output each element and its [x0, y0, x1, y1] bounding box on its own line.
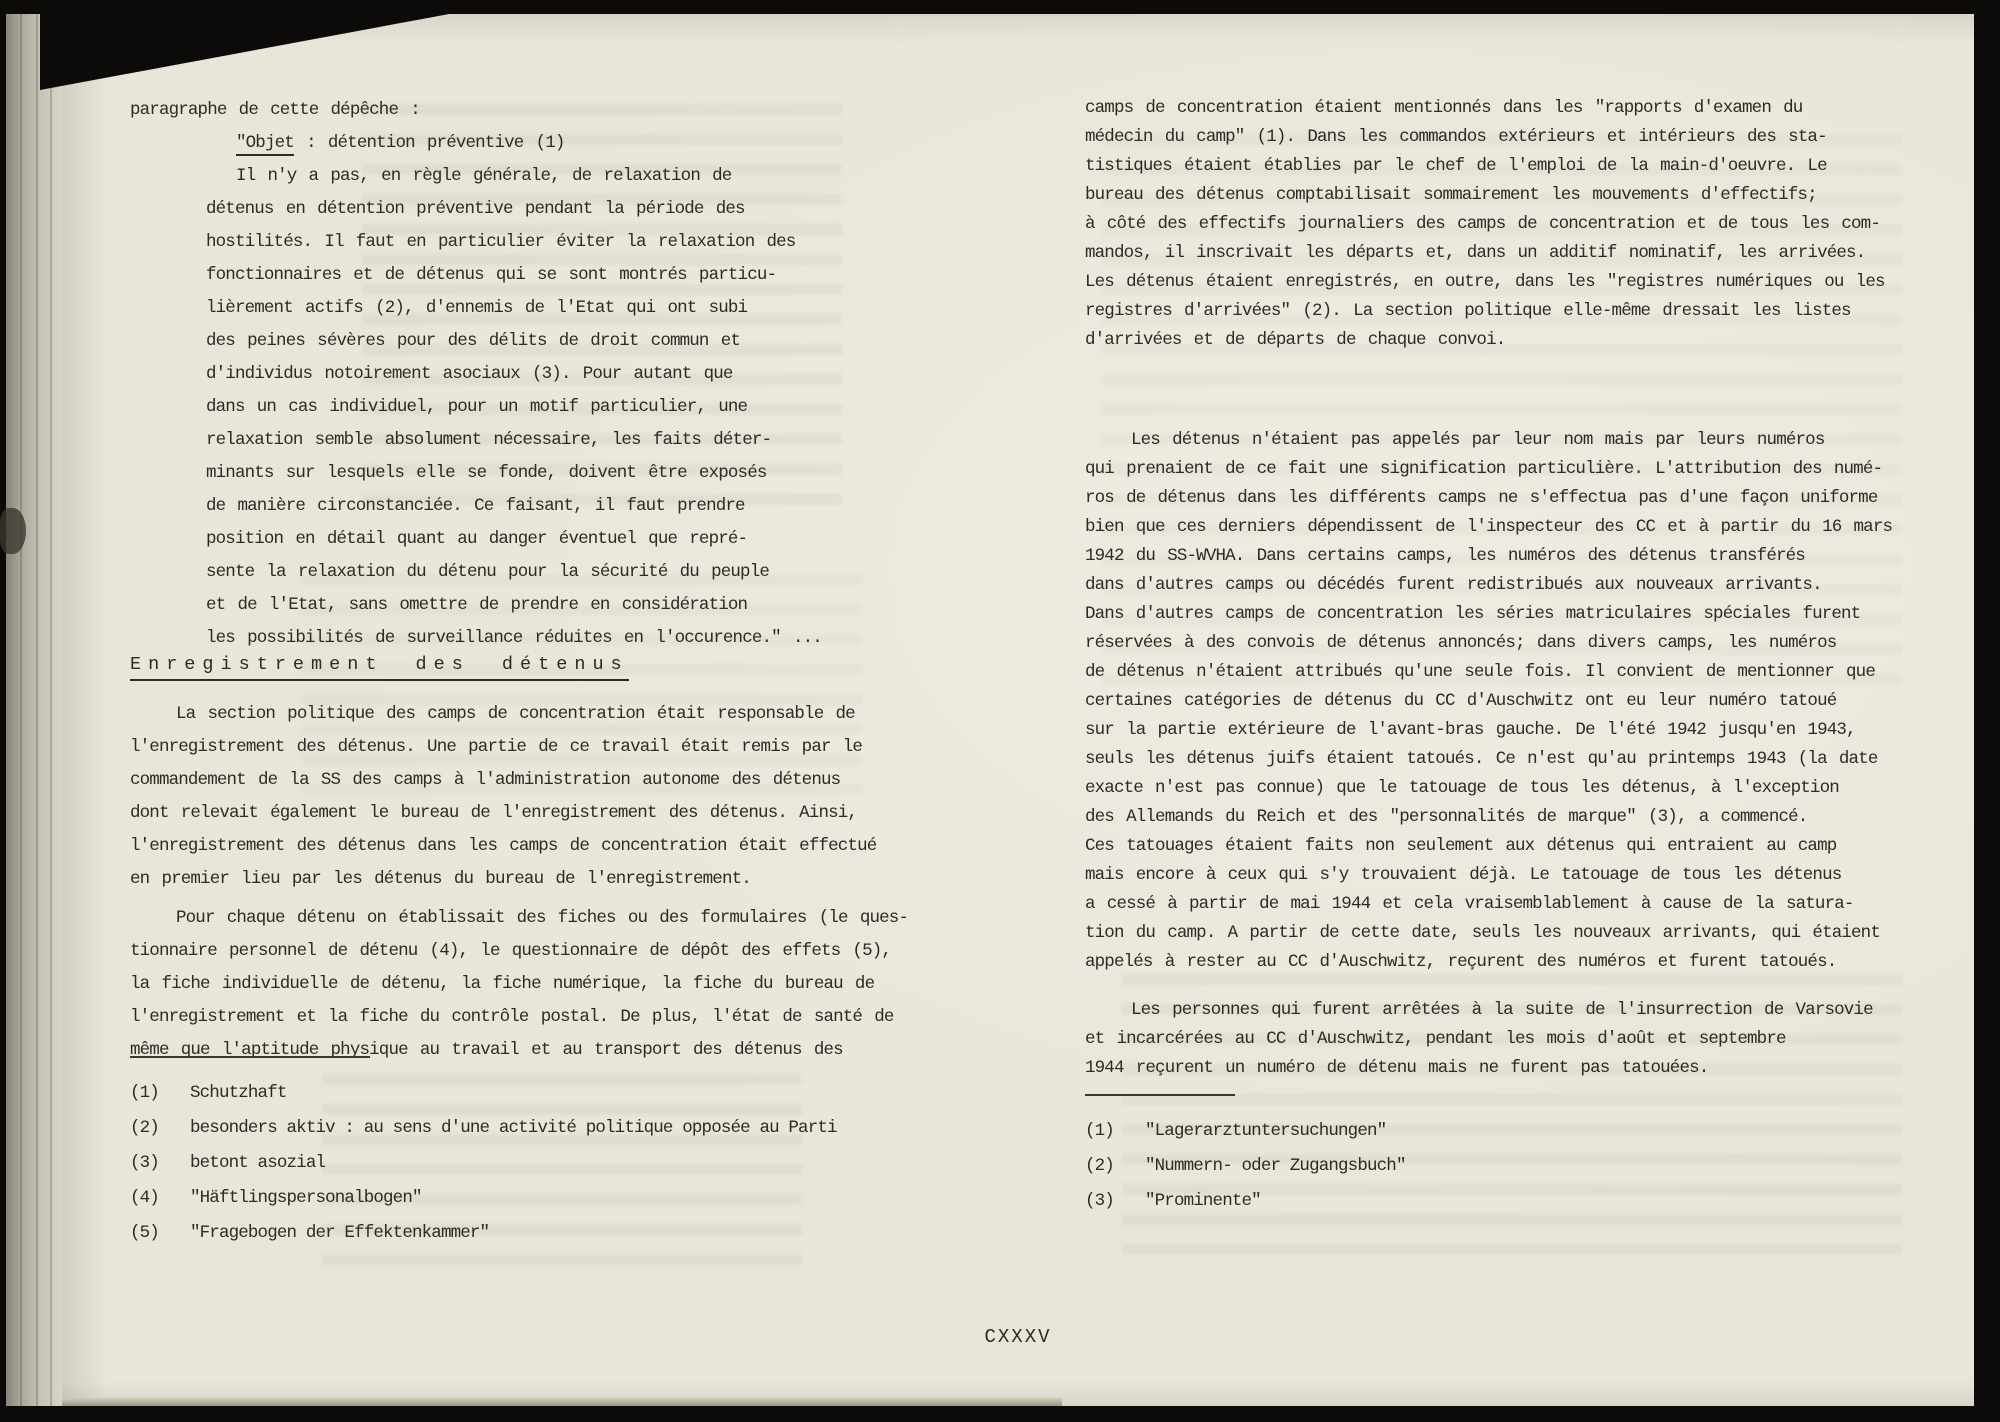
paragraph: camps de concentration étaient mentionné…: [1085, 94, 1925, 355]
binding-notch: [0, 508, 26, 554]
document-page: paragraphe de cette dépêche : "Objet : d…: [62, 14, 1974, 1406]
footnote-text: "Nummern- oder Zugangsbuch": [1145, 1149, 1925, 1184]
page-edge-line: [36, 10, 38, 1410]
section-heading-wrap: Enregistrement des détenus: [130, 654, 629, 681]
footnote: (3) "Prominente": [1085, 1184, 1925, 1219]
scan-border-top: [0, 0, 2000, 14]
footnote-number: (3): [130, 1146, 190, 1181]
footnote-number: (1): [1085, 1114, 1145, 1149]
quote-body: Il n'y a pas, en règle générale, de rela…: [206, 160, 930, 655]
footnote-text: "Prominente": [1145, 1184, 1925, 1219]
footnote-text: Schutzhaft: [190, 1076, 930, 1111]
footnote-text: "Lagerarztuntersuchungen": [1145, 1114, 1925, 1149]
paragraph: Les détenus n'étaient pas appelés par le…: [1085, 426, 1925, 977]
footnotes: (1) "Lagerarztuntersuchungen" (2) "Numme…: [1085, 1114, 1925, 1219]
quote-object-label: "Objet: [236, 133, 294, 156]
footnote-number: (4): [130, 1181, 190, 1216]
footnote-number: (3): [1085, 1184, 1145, 1219]
footnote-number: (2): [130, 1111, 190, 1146]
footnote: (4) "Häftlingspersonalbogen": [130, 1181, 930, 1216]
intro-line: paragraphe de cette dépêche :: [130, 94, 930, 127]
paragraph: La section politique des camps de concen…: [130, 698, 930, 896]
footnote-text: betont asozial: [190, 1146, 930, 1181]
footnote: (5) "Fragebogen der Effektenkammer": [130, 1216, 930, 1251]
footnote: (1) Schutzhaft: [130, 1076, 930, 1111]
quote-object-rest: : détention préventive (1): [294, 133, 565, 153]
scan-border-right: [1974, 0, 2000, 1422]
book-page-stack-edge: [6, 10, 62, 1410]
footnote: (2) "Nummern- oder Zugangsbuch": [1085, 1149, 1925, 1184]
page-edge-line: [50, 10, 52, 1410]
paragraph: Pour chaque détenu on établissait des fi…: [130, 902, 930, 1067]
footnote-number: (2): [1085, 1149, 1145, 1184]
footnote: (2) besonders aktiv : au sens d'une acti…: [130, 1111, 930, 1146]
footnote-number: (5): [130, 1216, 190, 1251]
footnote-text: "Häftlingspersonalbogen": [190, 1181, 930, 1216]
footnote-text: "Fragebogen der Effektenkammer": [190, 1216, 930, 1251]
footnotes: (1) Schutzhaft (2) besonders aktiv : au …: [130, 1076, 930, 1251]
footnote-separator: [1085, 1094, 1235, 1096]
page-bottom-edge: [62, 1398, 1062, 1406]
quote-object-line: "Objet : détention préventive (1): [206, 127, 930, 160]
paragraph: Les personnes qui furent arrêtées à la s…: [1085, 996, 1925, 1083]
page-number: CXXXV: [62, 1326, 1974, 1348]
footnote-separator: [130, 1056, 370, 1058]
footnote-text: besonders aktiv : au sens d'une activité…: [190, 1111, 930, 1146]
page-edge-line: [20, 10, 22, 1410]
section-heading: Enregistrement des détenus: [130, 654, 629, 681]
quoted-dispatch: "Objet : détention préventive (1) Il n'y…: [130, 127, 930, 655]
footnote-number: (1): [130, 1076, 190, 1111]
footnote: (3) betont asozial: [130, 1146, 930, 1181]
scanned-book-spread: paragraphe de cette dépêche : "Objet : d…: [0, 0, 2000, 1422]
footnote: (1) "Lagerarztuntersuchungen": [1085, 1114, 1925, 1149]
scan-border-bottom: [0, 1406, 2000, 1422]
